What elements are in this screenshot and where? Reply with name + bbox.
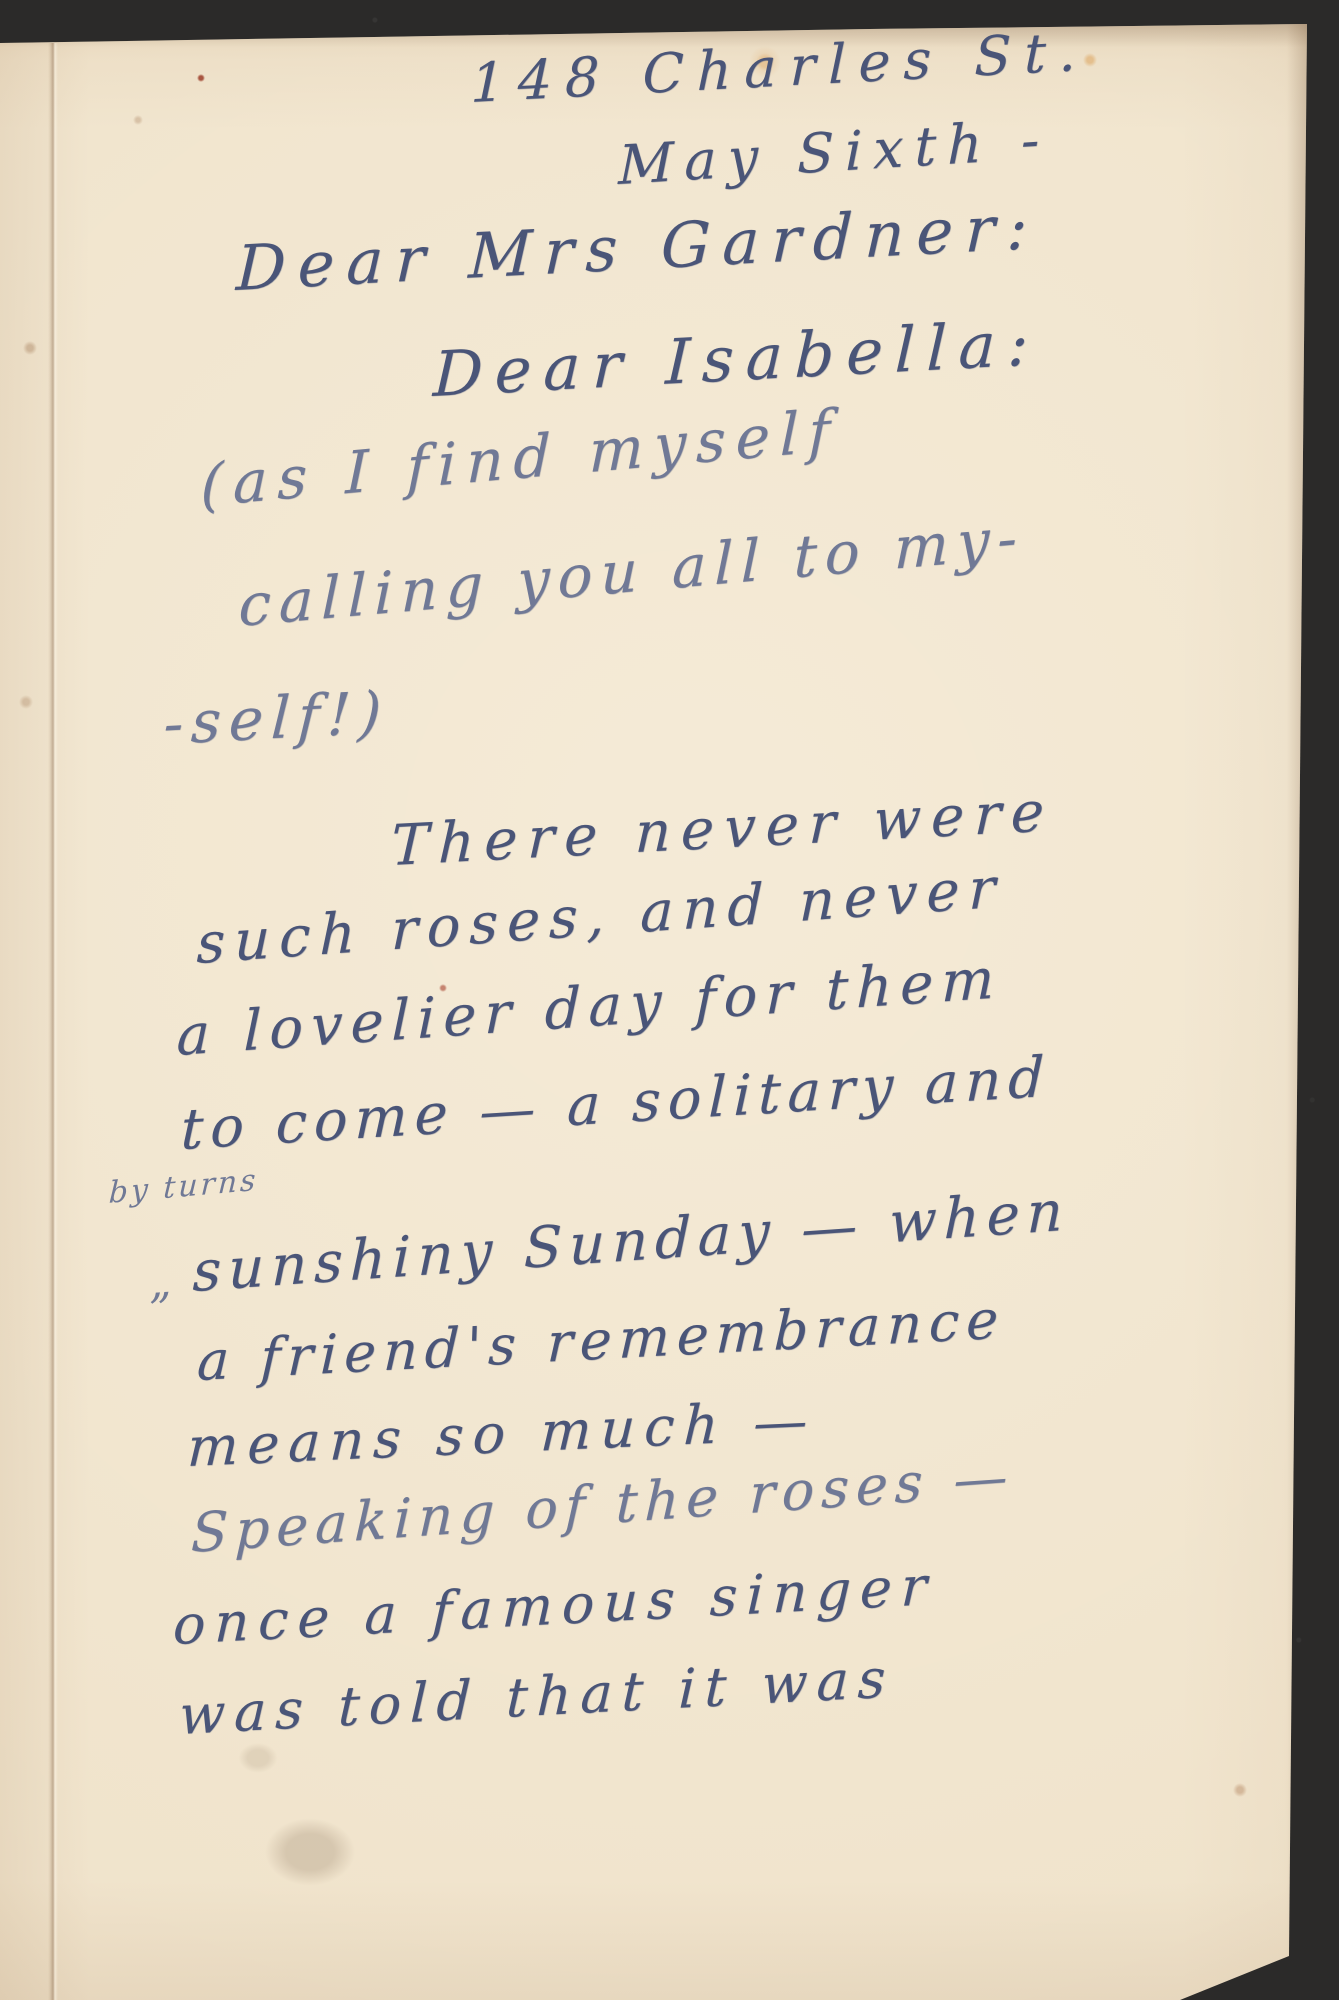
body-line-singer-3: was told that it was (178, 1646, 896, 1747)
paper-edge-shadow-right (1283, 24, 1309, 1964)
body-line-parenthetical-2: calling you all to my- (238, 503, 1025, 640)
salutation-informal: Dear Isabella: (432, 306, 1042, 411)
body-line-parenthetical-3: -self!) (162, 678, 391, 758)
salutation-formal: Dear Mrs Gardner: (235, 190, 1041, 305)
letter-page: 148 Charles St. May Sixth - Dear Mrs Gar… (0, 0, 1339, 2000)
scan-background: 148 Charles St. May Sixth - Dear Mrs Gar… (0, 0, 1339, 2000)
body-line-roses-5: sunshiny Sunday — when (192, 1178, 1070, 1305)
insertion-caret: „ (146, 1257, 172, 1309)
body-line-singer-2: once a famous singer (172, 1554, 937, 1657)
date-line: May Sixth - (618, 107, 1051, 197)
body-line-parenthetical-1: (as I find myself (200, 396, 840, 520)
fold-crease (48, 43, 58, 2000)
body-line-roses-4: to come — a solitary and (180, 1045, 1052, 1163)
body-line-roses-6: a friend's remembrance (196, 1287, 1006, 1393)
marginal-insertion: by turns (108, 1163, 259, 1211)
